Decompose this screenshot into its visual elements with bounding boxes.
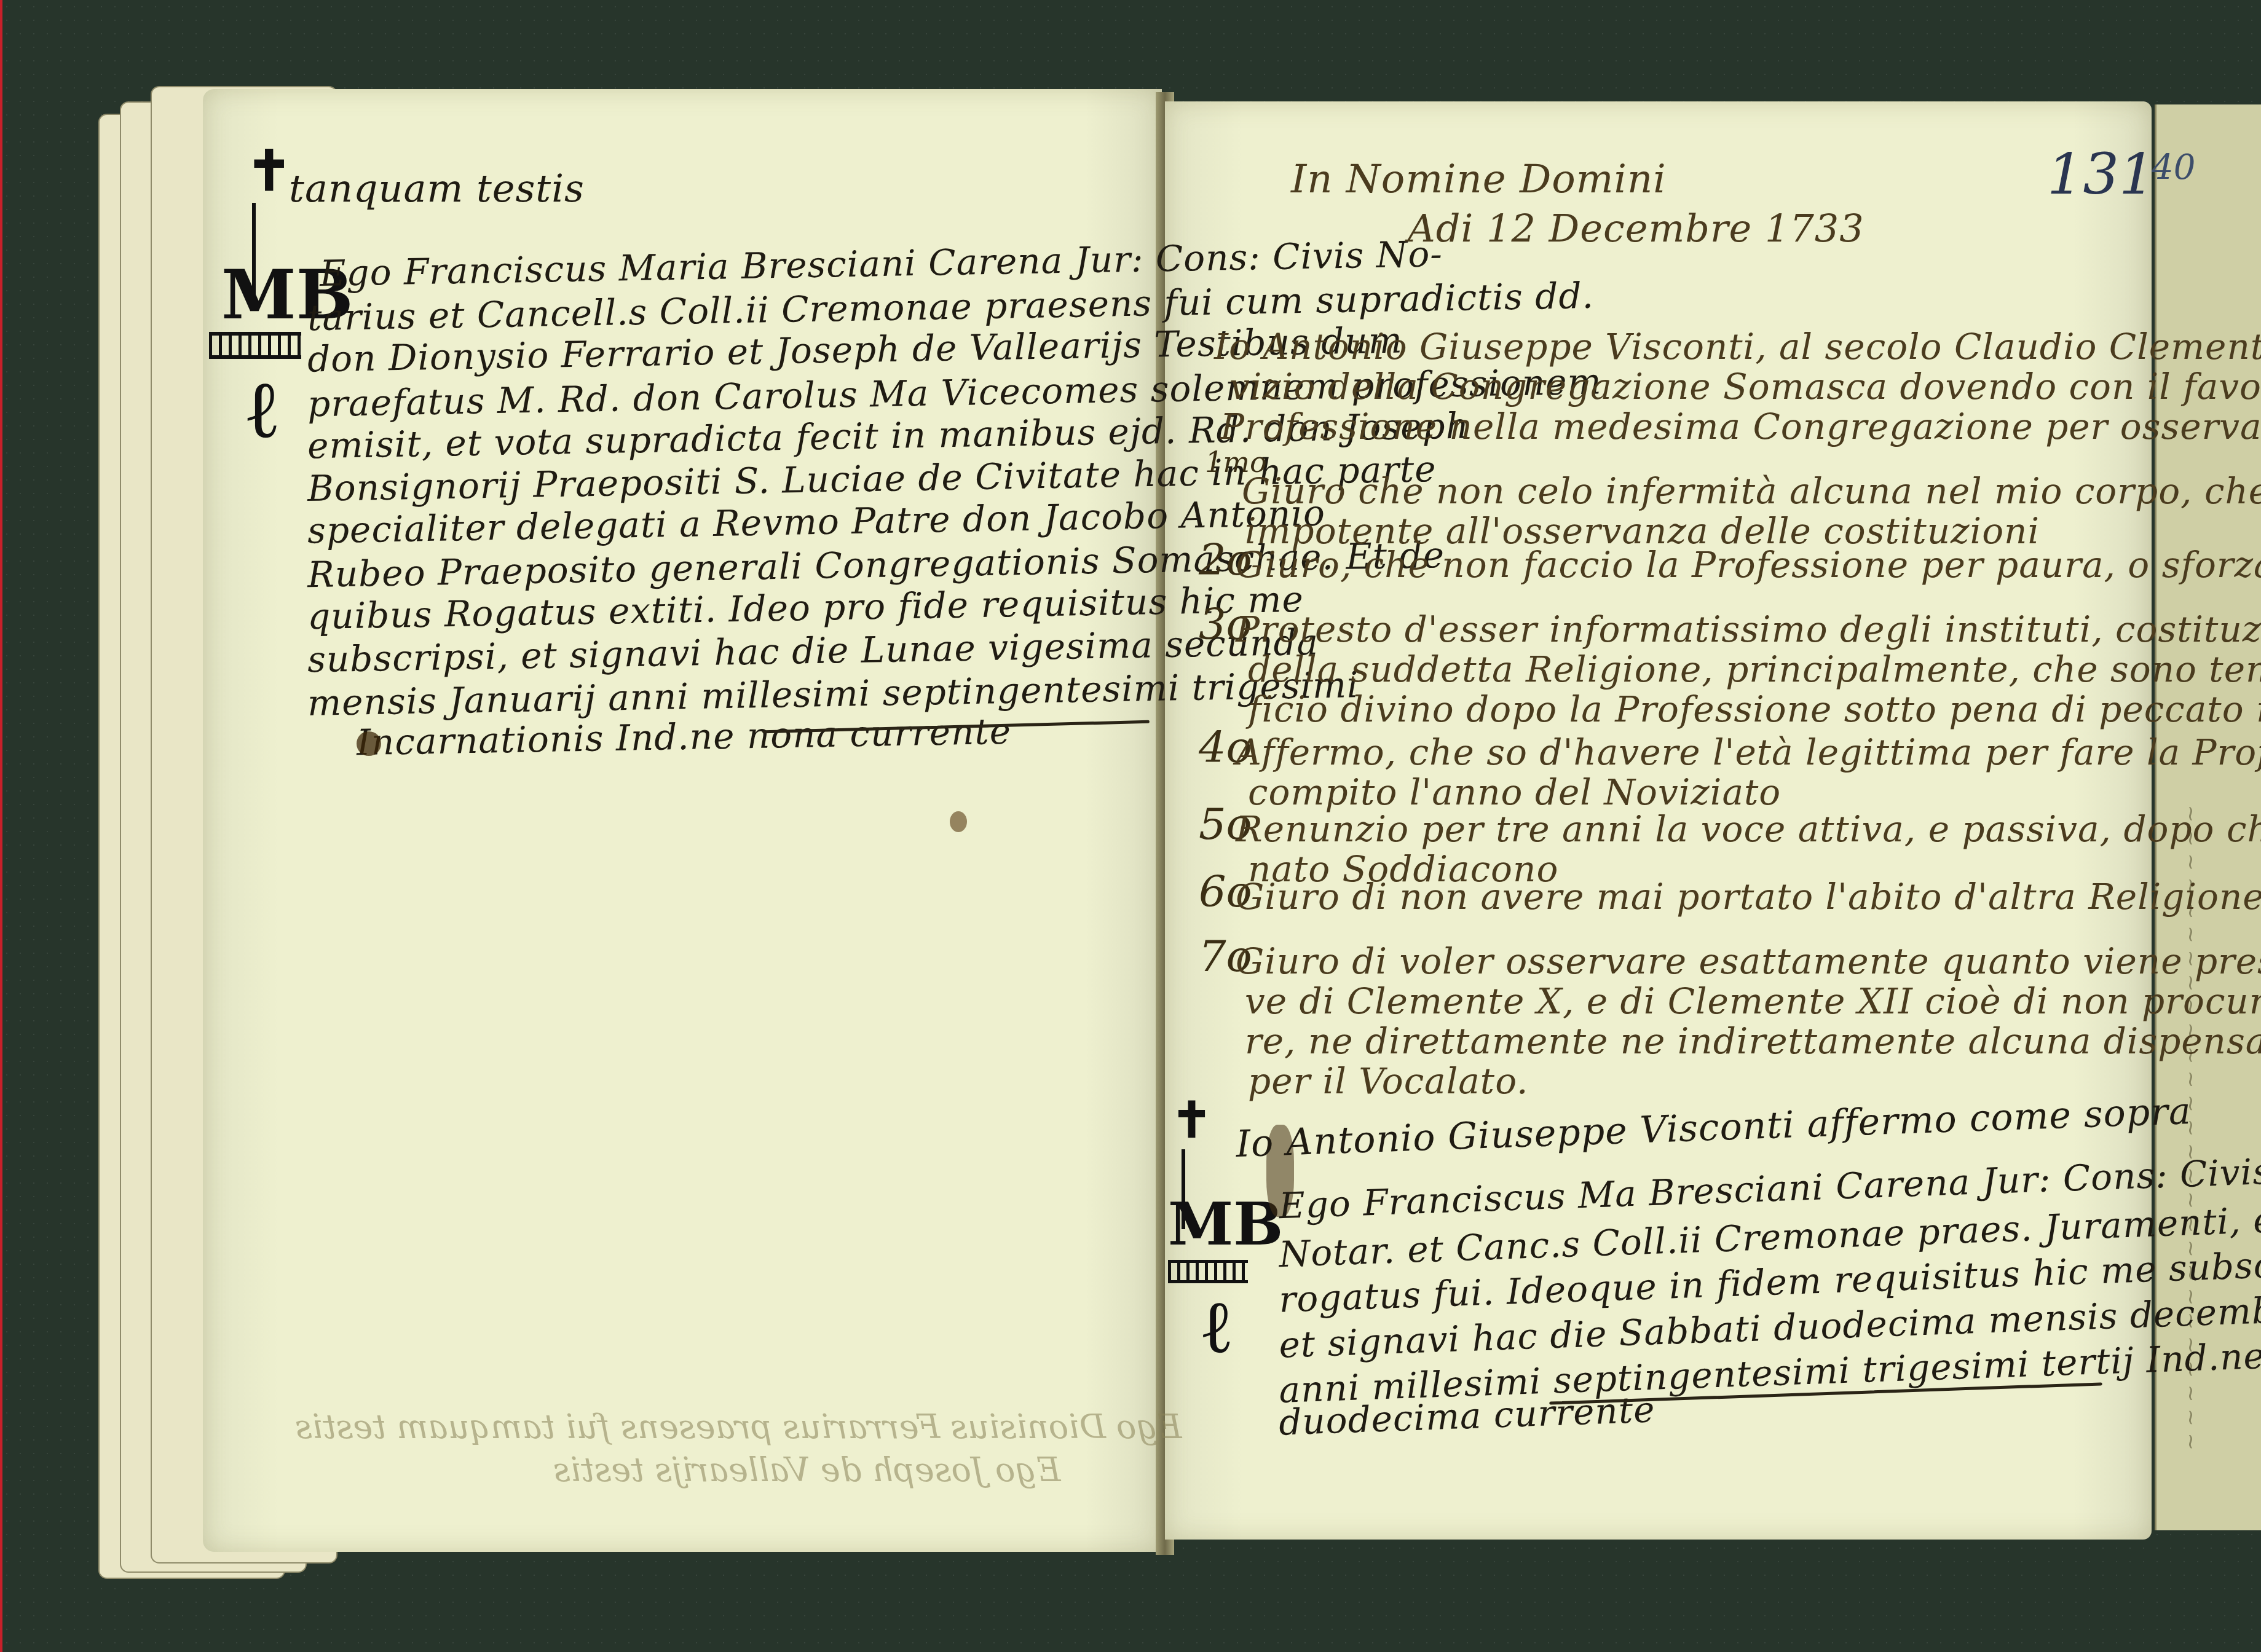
cross-icon: ✝ (1171, 1091, 1212, 1149)
paper-stain (950, 811, 967, 832)
date-line: Adi 12 Decembre 1733 (1408, 206, 1864, 251)
signum-base-icon (209, 332, 301, 359)
left-heading: tanquam testis (289, 166, 585, 211)
ink-blot (357, 731, 381, 756)
cross-icon: ✝ (246, 138, 292, 203)
tab-number: 40 (2152, 147, 2195, 187)
signum-flourish-icon: ℓ (1199, 1284, 1234, 1370)
invocation: In Nomine Domini (1291, 157, 1667, 202)
signum-flourish-icon: ℓ (243, 363, 281, 457)
bleed-through-text: Ego Dionisius Ferrarius praesens fui tam… (295, 1407, 1182, 1446)
notary-monogram: MB (1168, 1189, 1283, 1259)
bleed-through-text: Ego Joseph de Vallearijs testis (553, 1450, 1060, 1489)
scan-edge-marker (0, 0, 2, 1652)
signum-base-icon (1168, 1260, 1248, 1283)
folio-number: 131 (2047, 141, 2155, 207)
